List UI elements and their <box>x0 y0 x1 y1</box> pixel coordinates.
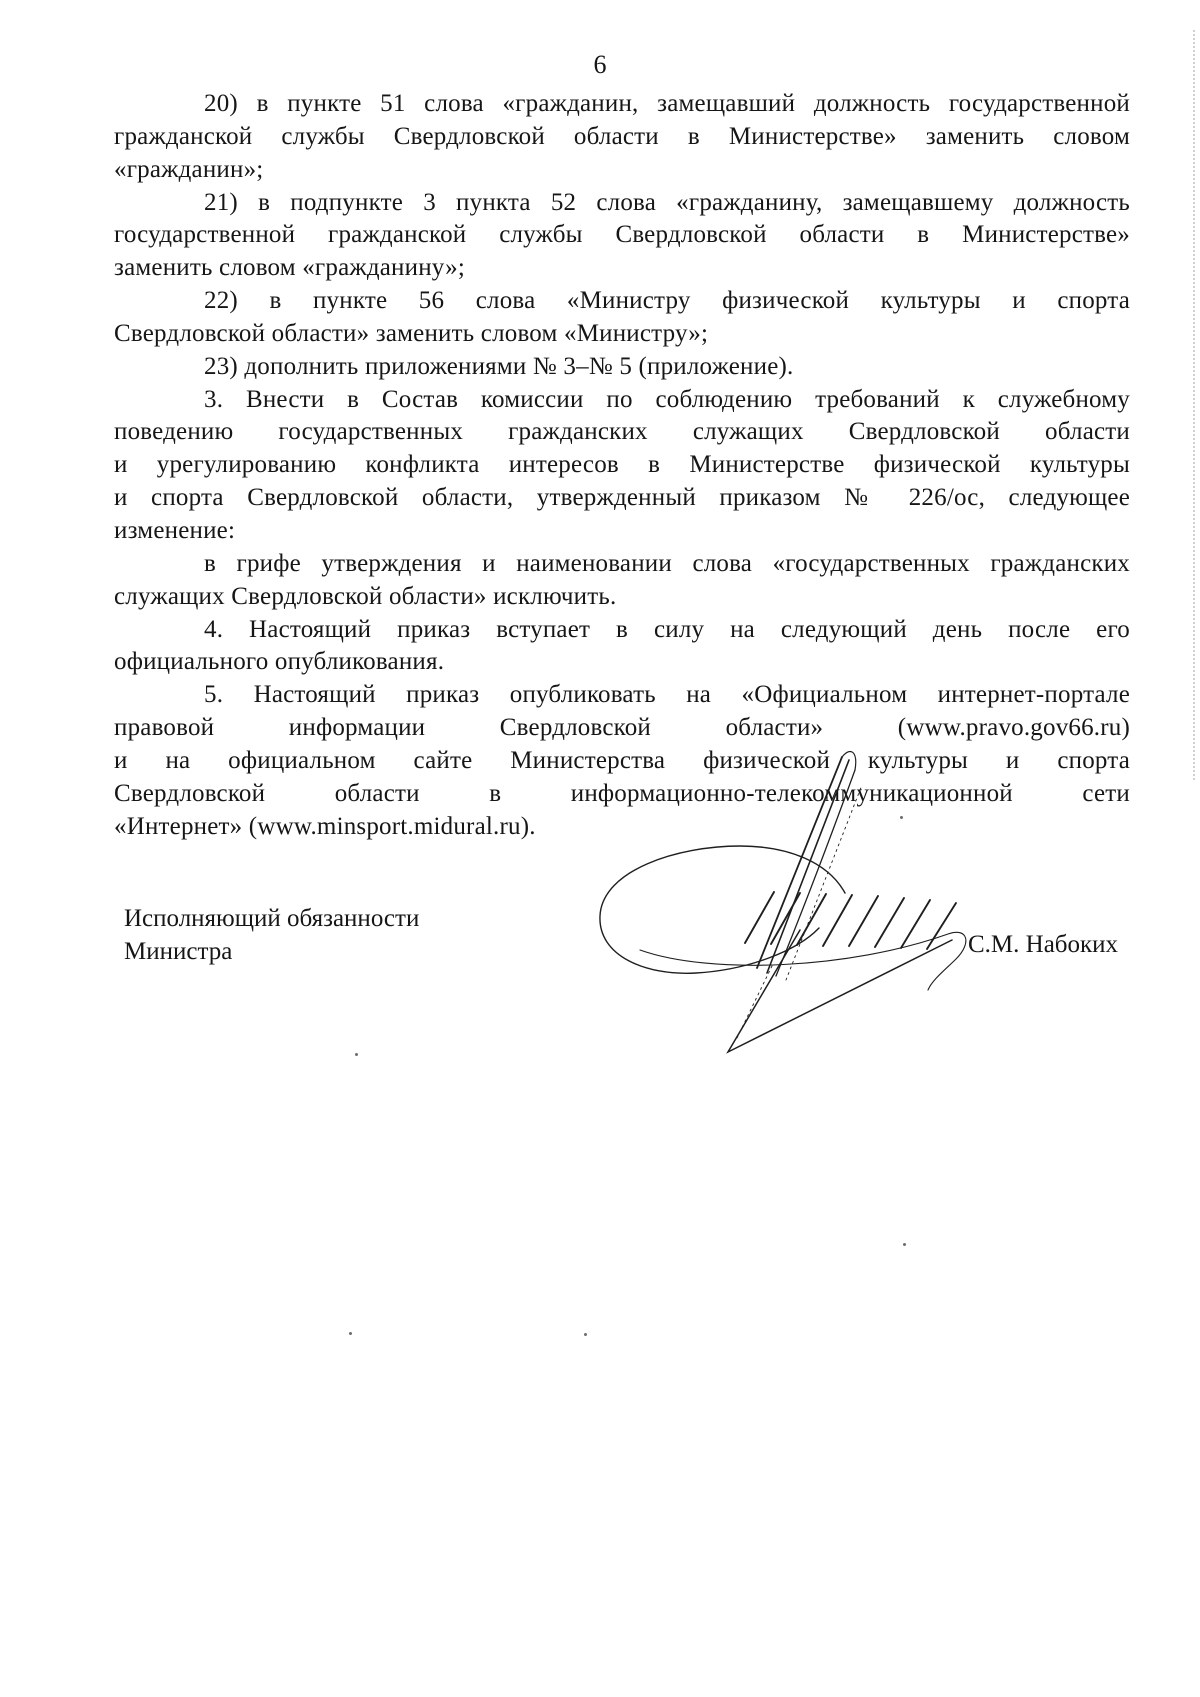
scan-speck <box>584 1333 587 1336</box>
text-line: Свердловской области» заменить словом «М… <box>114 318 1130 351</box>
text-line: заменить словом «гражданину»; <box>114 252 1130 285</box>
text-line: 21) в подпункте 3 пункта 52 слова «гражд… <box>114 187 1130 220</box>
text-line: 20) в пункте 51 слова «гражданин, замеща… <box>114 88 1130 121</box>
signatory-position-line: Исполняющий обязанности <box>124 902 419 935</box>
scan-speck <box>349 1332 352 1335</box>
scan-speck <box>431 757 434 760</box>
text-line: 4. Настоящий приказ вступает в силу на с… <box>114 614 1130 647</box>
text-line: 22) в пункте 56 слова «Министру физическ… <box>114 285 1130 318</box>
page-number: 6 <box>0 50 1200 80</box>
text-line: и спорта Свердловской области, утвержден… <box>114 482 1130 515</box>
text-line: официального опубликования. <box>114 646 1130 679</box>
signatory-name: С.М. Набоких <box>968 928 1118 961</box>
text-line: 5. Настоящий приказ опубликовать на «Офи… <box>114 679 1130 712</box>
scan-speck <box>900 816 903 819</box>
signatory-position: Исполняющий обязанности Министра <box>124 902 419 968</box>
text-line: гражданской службы Свердловской области … <box>114 121 1130 154</box>
signatory-position-line: Министра <box>124 935 419 968</box>
text-line: поведению государственных гражданских сл… <box>114 416 1130 449</box>
scan-artifact-line <box>1193 30 1195 780</box>
text-line: 3. Внести в Состав комиссии по соблюдени… <box>114 384 1130 417</box>
text-line: в грифе утверждения и наименовании слова… <box>114 548 1130 581</box>
scan-speck <box>355 1053 358 1056</box>
scan-speck <box>903 1243 906 1246</box>
text-line: служащих Свердловской области» исключить… <box>114 581 1130 614</box>
handwritten-signature-icon <box>550 730 1170 1070</box>
text-line: «гражданин»; <box>114 154 1130 187</box>
text-line: изменение: <box>114 515 1130 548</box>
text-line: государственной гражданской службы Сверд… <box>114 219 1130 252</box>
document-page: 6 20) в пункте 51 слова «гражданин, заме… <box>0 0 1200 1697</box>
text-line: 23) дополнить приложениями № 3–№ 5 (прил… <box>114 351 1130 384</box>
text-line: и урегулированию конфликта интересов в М… <box>114 449 1130 482</box>
